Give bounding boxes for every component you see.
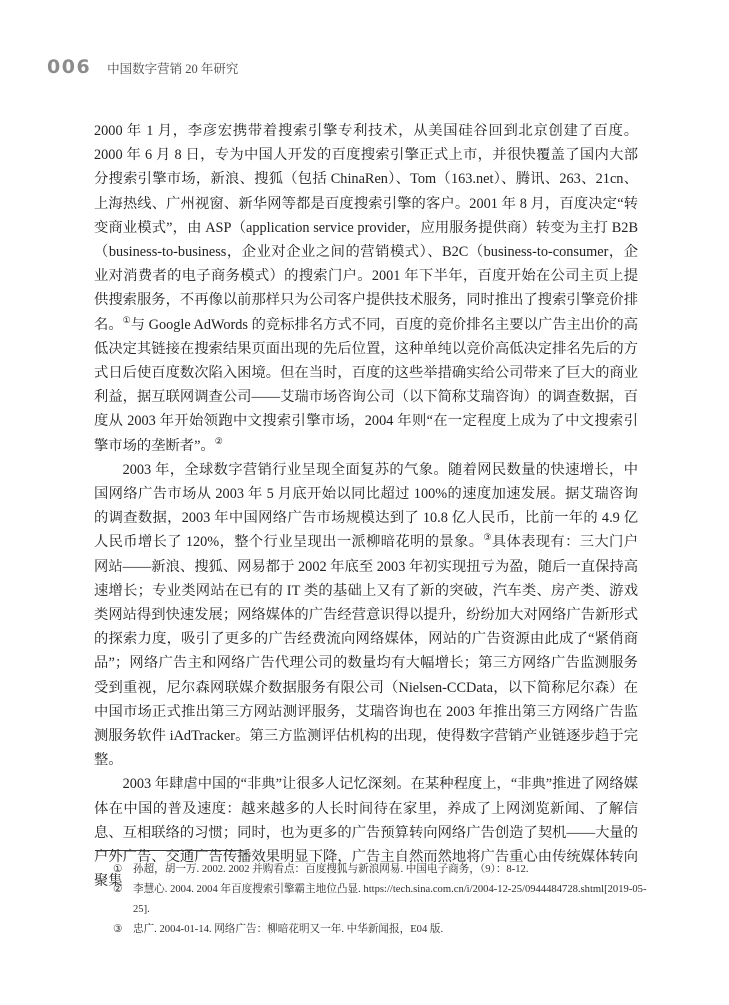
footnote-list: ①孙超，胡一万. 2002. 2002 并购看点：百度搜狐与新浪网易. 中国电子… <box>95 860 647 940</box>
page-number: 006 <box>47 56 91 78</box>
paragraph: 2000 年 1 月，李彦宏携带着搜索引擎专利技术，从美国硅谷回到北京创建了百度… <box>94 119 638 458</box>
running-head: 006 中国数字营销 20 年研究 <box>47 56 238 78</box>
paragraph: 2003 年，全球数字营销行业呈现全面复苏的气象。随着网民数量的快速增长，中国网… <box>94 458 638 773</box>
footnote-item: ②李慧心. 2004. 2004 年百度搜索引擎霸主地位凸显. https://… <box>95 880 647 920</box>
footnote-ref: ③ <box>483 533 491 543</box>
footnote-text: 忠广. 2004-01-14. 网络广告：柳暗花明又一年. 中华新闻报，E04 … <box>133 924 443 935</box>
footnote-marker: ② <box>113 880 123 900</box>
footnotes-section: ①孙超，胡一万. 2002. 2002 并购看点：百度搜狐与新浪网易. 中国电子… <box>95 850 647 940</box>
book-page: 006 中国数字营销 20 年研究 2000 年 1 月，李彦宏携带着搜索引擎专… <box>0 0 729 1005</box>
footnote-item: ①孙超，胡一万. 2002. 2002 并购看点：百度搜狐与新浪网易. 中国电子… <box>95 860 647 880</box>
footnote-text: 孙超，胡一万. 2002. 2002 并购看点：百度搜狐与新浪网易. 中国电子商… <box>133 864 529 875</box>
footnote-marker: ③ <box>113 920 123 940</box>
footnote-ref: ② <box>215 436 223 446</box>
footnote-divider <box>95 850 243 851</box>
body-paragraphs: 2000 年 1 月，李彦宏携带着搜索引擎专利技术，从美国硅谷回到北京创建了百度… <box>94 119 638 894</box>
footnote-ref: ① <box>123 315 131 325</box>
running-head-title: 中国数字营销 20 年研究 <box>107 59 238 77</box>
footnote-item: ③忠广. 2004-01-14. 网络广告：柳暗花明又一年. 中华新闻报，E04… <box>95 920 647 940</box>
footnote-marker: ① <box>113 860 123 880</box>
footnote-text: 李慧心. 2004. 2004 年百度搜索引擎霸主地位凸显. https://t… <box>133 884 646 915</box>
